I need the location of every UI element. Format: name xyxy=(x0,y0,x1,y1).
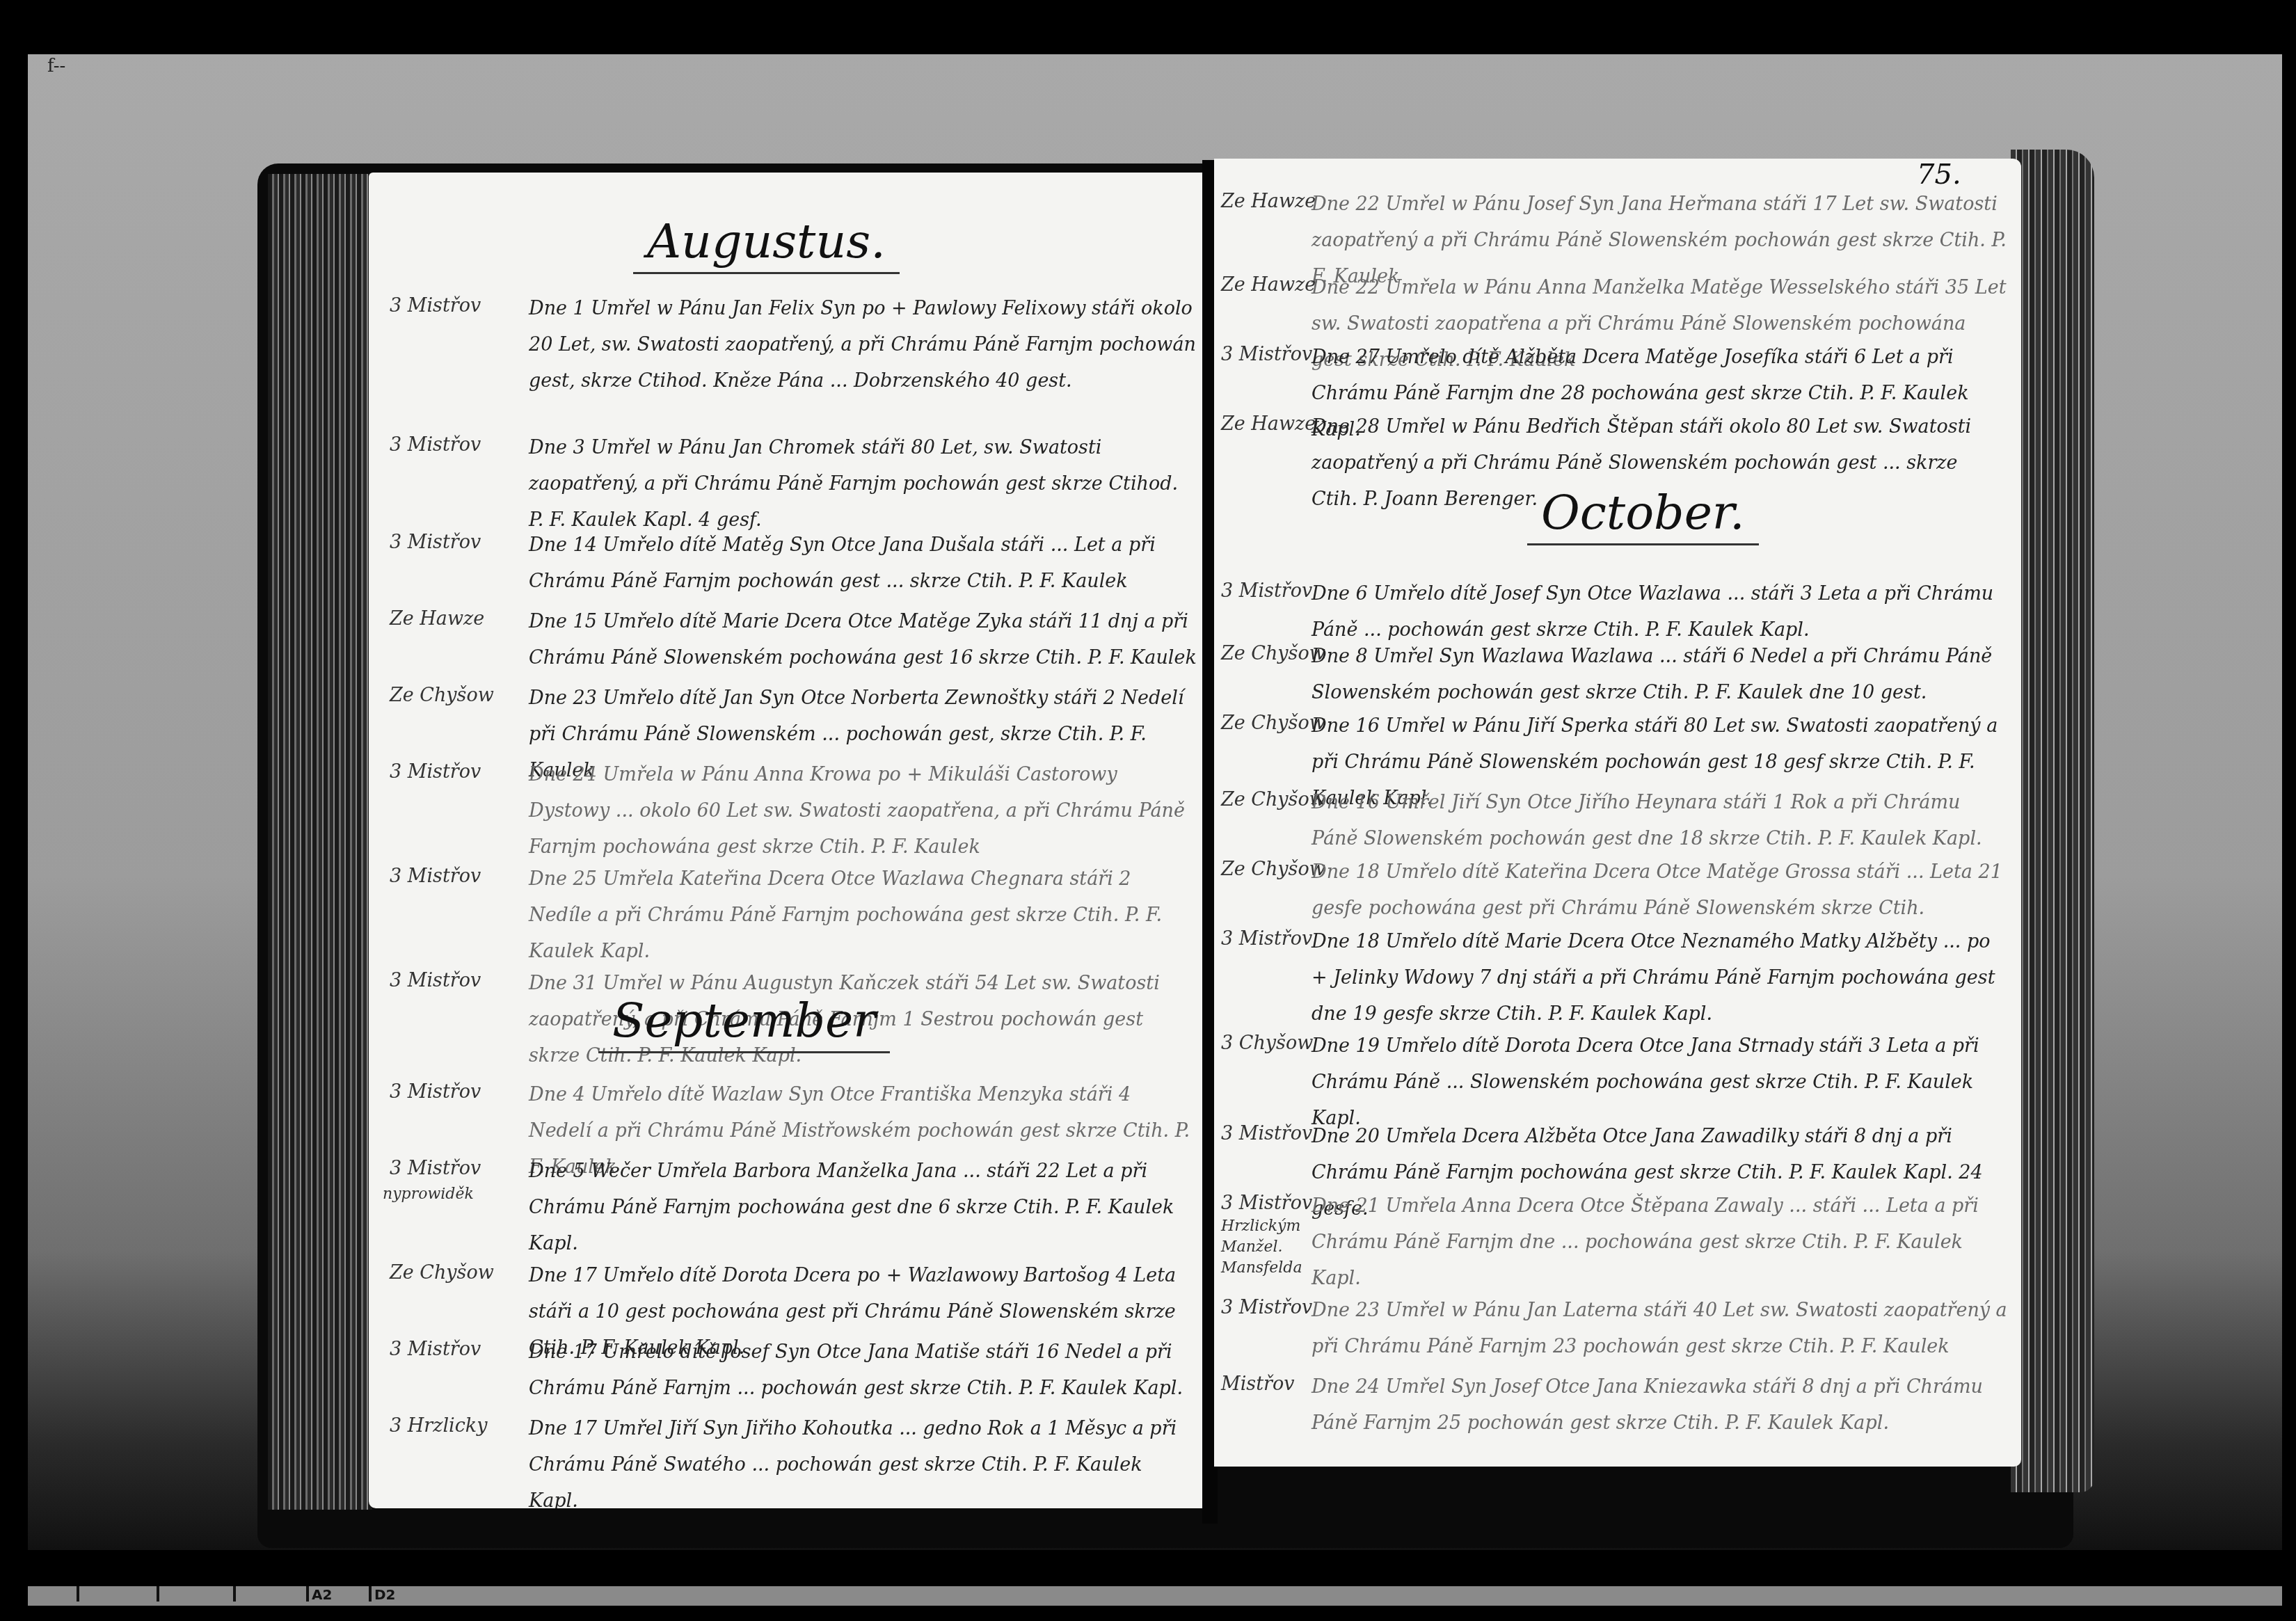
entry-village: 3 Mistřov xyxy=(390,865,481,887)
entry-text: Dne 8 Umřel Syn Wazlawa Wazlawa ... stář… xyxy=(1312,639,2007,711)
month-heading-october: October. xyxy=(1527,486,1759,545)
entry-village: 3 Chyšow xyxy=(1221,1032,1313,1054)
entry-text: Dne 6 Umřelo dítě Josef Syn Otce Wazlawa… xyxy=(1312,576,2007,648)
entry-village: 3 Mistřov xyxy=(390,761,481,783)
ruler-label: A2 xyxy=(312,1586,332,1603)
entry-text: Dne 15 Umřelo dítě Marie Dcera Otce Matě… xyxy=(529,604,1197,676)
entry-village: 3 Mistřov xyxy=(390,295,481,317)
entry-village: Ze Hawze xyxy=(1221,413,1316,435)
entry-text: Dne 3 Umřel w Pánu Jan Chromek stáři 80 … xyxy=(529,430,1197,538)
film-ruler: A2 D2 xyxy=(28,1586,2282,1606)
entry-text: Dne 25 Umřela Kateřina Dcera Otce Wazlaw… xyxy=(529,861,1197,970)
entry-village: 3 Hrzlicky xyxy=(390,1415,487,1437)
ruler-label: D2 xyxy=(374,1586,396,1603)
entry-village: Ze Chyšow xyxy=(1221,789,1325,810)
entry-village: 3 Mistřov xyxy=(1221,1123,1312,1144)
entry-village: 3 Mistřov xyxy=(1221,580,1312,602)
entry-village: Ze Chyšow xyxy=(1221,712,1325,734)
entry-text: Dne 24 Umřela w Pánu Anna Krowa po + Mik… xyxy=(529,757,1197,865)
entry-margin-subnote: Hrzlickým Manžel. Mansfelda xyxy=(1221,1216,1305,1279)
entry-text: Dne 1 Umřel w Pánu Jan Felix Syn po + Pa… xyxy=(529,291,1197,399)
left-page-edges xyxy=(268,174,372,1510)
entry-village: Mistřov xyxy=(1221,1373,1294,1395)
entry-village: 3 Mistřov xyxy=(390,1081,481,1103)
entry-village: 3 Mistřov xyxy=(1221,928,1312,950)
entry-village: 3 Mistřov xyxy=(390,434,481,456)
entry-text: Dne 18 Umřelo dítě Kateřina Dcera Otce M… xyxy=(1312,854,2007,927)
entry-village: Ze Hawze xyxy=(390,608,484,630)
left-page: Augustus. 3 Mistřov Dne 1 Umřel w Pánu J… xyxy=(369,173,1207,1508)
entry-text: Dne 18 Umřelo dítě Marie Dcera Otce Nezn… xyxy=(1312,924,2007,1032)
entry-text: Dne 17 Umřelo dítě Josef Syn Otce Jana M… xyxy=(529,1334,1197,1407)
entry-text: Dne 24 Umřel Syn Josef Otce Jana Kniezaw… xyxy=(1312,1369,2007,1442)
entry-text: Dne 14 Umřelo dítě Matěg Syn Otce Jana D… xyxy=(529,527,1197,600)
entry-text: Dne 17 Umřel Jiří Syn Jiřiho Kohoutka ..… xyxy=(529,1411,1197,1508)
entry-village: 3 Mistřov xyxy=(390,970,481,991)
right-page: 75. Ze Hawze Dne 22 Umřel w Pánu Josef S… xyxy=(1214,159,2021,1467)
month-heading-september: September xyxy=(598,993,890,1053)
entry-village: 3 Mistřov xyxy=(1221,1192,1312,1214)
ruler-tick xyxy=(369,1586,372,1602)
entry-village: 3 Mistřov xyxy=(390,1339,481,1360)
ruler-tick xyxy=(233,1586,236,1602)
entry-village: Ze Chyšow xyxy=(390,685,494,706)
entry-text: Dne 5 Wečer Umřela Barbora Manželka Jana… xyxy=(529,1153,1197,1262)
ruler-tick xyxy=(77,1586,79,1602)
entry-village: 3 Mistřov xyxy=(1221,1297,1312,1318)
entry-text: Dne 23 Umřel w Pánu Jan Laterna stáři 40… xyxy=(1312,1293,2007,1365)
right-page-edges xyxy=(2011,150,2094,1492)
entry-text: Dne 16 Umřel Jiří Syn Otce Jiřího Heynar… xyxy=(1312,785,2007,857)
film-corner-mark: f-- xyxy=(47,56,65,77)
entry-text: Dne 21 Umřela Anna Dcera Otce Štěpana Za… xyxy=(1312,1188,2007,1297)
entry-village: Ze Chyšow xyxy=(1221,859,1325,880)
entry-margin-subnote: nyprowiděk xyxy=(383,1184,474,1205)
entry-village: Ze Chyšow xyxy=(1221,643,1325,664)
entry-village: Ze Chyšow xyxy=(390,1262,494,1284)
month-heading-august: Augustus. xyxy=(633,214,900,274)
ruler-tick xyxy=(157,1586,159,1602)
entry-village: Ze Hawze xyxy=(1221,274,1316,296)
entry-village: 3 Mistřov xyxy=(390,532,481,553)
entry-village: Ze Hawze xyxy=(1221,191,1316,212)
entry-village: 3 Mistřov xyxy=(1221,344,1312,365)
entry-village: 3 Mistřov xyxy=(390,1158,481,1179)
ruler-tick xyxy=(306,1586,309,1602)
